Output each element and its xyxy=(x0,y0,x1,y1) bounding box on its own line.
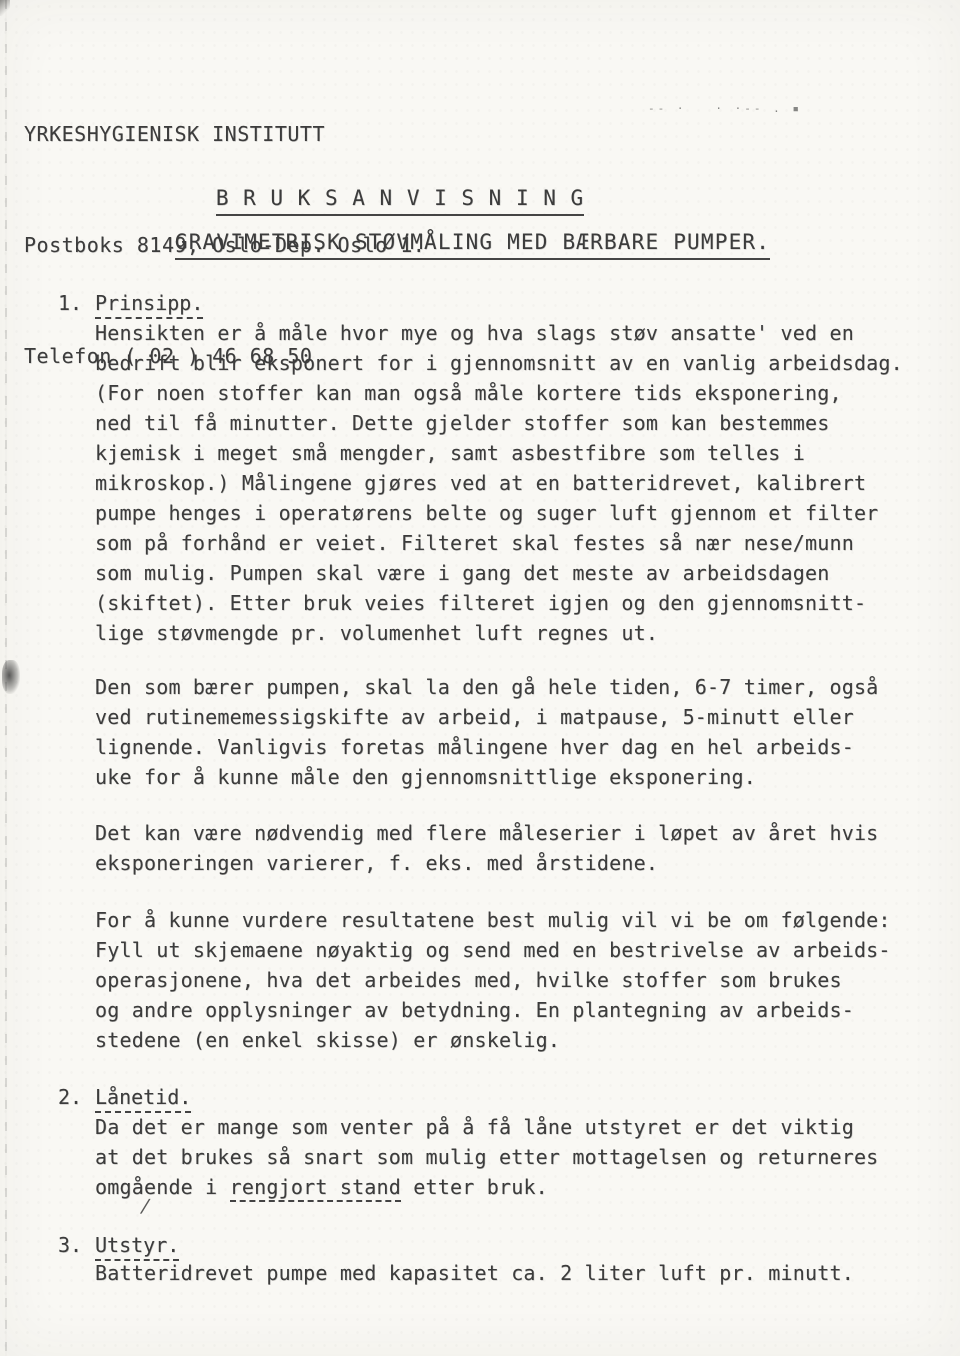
section-2-heading-text: Lånetid. xyxy=(95,1085,191,1113)
section-1-paragraph-4: For å kunne vurdere resultatene best mul… xyxy=(95,905,905,1055)
section-1-heading-text: Prinsipp. xyxy=(95,291,203,319)
section-3-number: 3. xyxy=(58,1230,82,1260)
section-1-heading: Prinsipp. xyxy=(95,288,203,318)
section-1-paragraph-1: Hensikten er å måle hvor mye og hva slag… xyxy=(95,318,905,648)
slash-mark-artifact: / xyxy=(139,1196,153,1217)
underlined-phrase: rengjort stand xyxy=(230,1175,401,1202)
section-2-paragraph: Da det er mange som venter på å få låne … xyxy=(95,1112,905,1202)
document-title: B R U K S A N V I S N I N G xyxy=(216,186,584,216)
section-3-heading: Utstyr. xyxy=(95,1230,179,1260)
section-1-paragraph-2: Den som bærer pumpen, skal la den gå hel… xyxy=(95,672,905,792)
scan-noise-marks: -- · · ·-- . ▪ xyxy=(648,102,802,115)
section-2-text-after: etter bruk. xyxy=(401,1175,548,1199)
org-name: YRKESHYGIENISK INSTITUTT xyxy=(24,116,425,153)
section-2-number: 2. xyxy=(58,1082,82,1112)
corner-mark-artifact xyxy=(0,0,10,16)
ink-smudge-artifact xyxy=(2,660,20,694)
scanned-document-page: YRKESHYGIENISK INSTITUTT Postboks 8149, … xyxy=(0,0,960,1356)
section-3-paragraph: Batteridrevet pumpe med kapasitet ca. 2 … xyxy=(95,1258,905,1288)
section-1-paragraph-3: Det kan være nødvendig med flere måleser… xyxy=(95,818,905,878)
section-1-number: 1. xyxy=(58,288,82,318)
document-subtitle: GRAVIMETRISK STØVMÅLING MED BÆRBARE PUMP… xyxy=(175,230,770,260)
section-3-heading-text: Utstyr. xyxy=(95,1233,179,1261)
section-2-heading: Lånetid. xyxy=(95,1082,191,1112)
